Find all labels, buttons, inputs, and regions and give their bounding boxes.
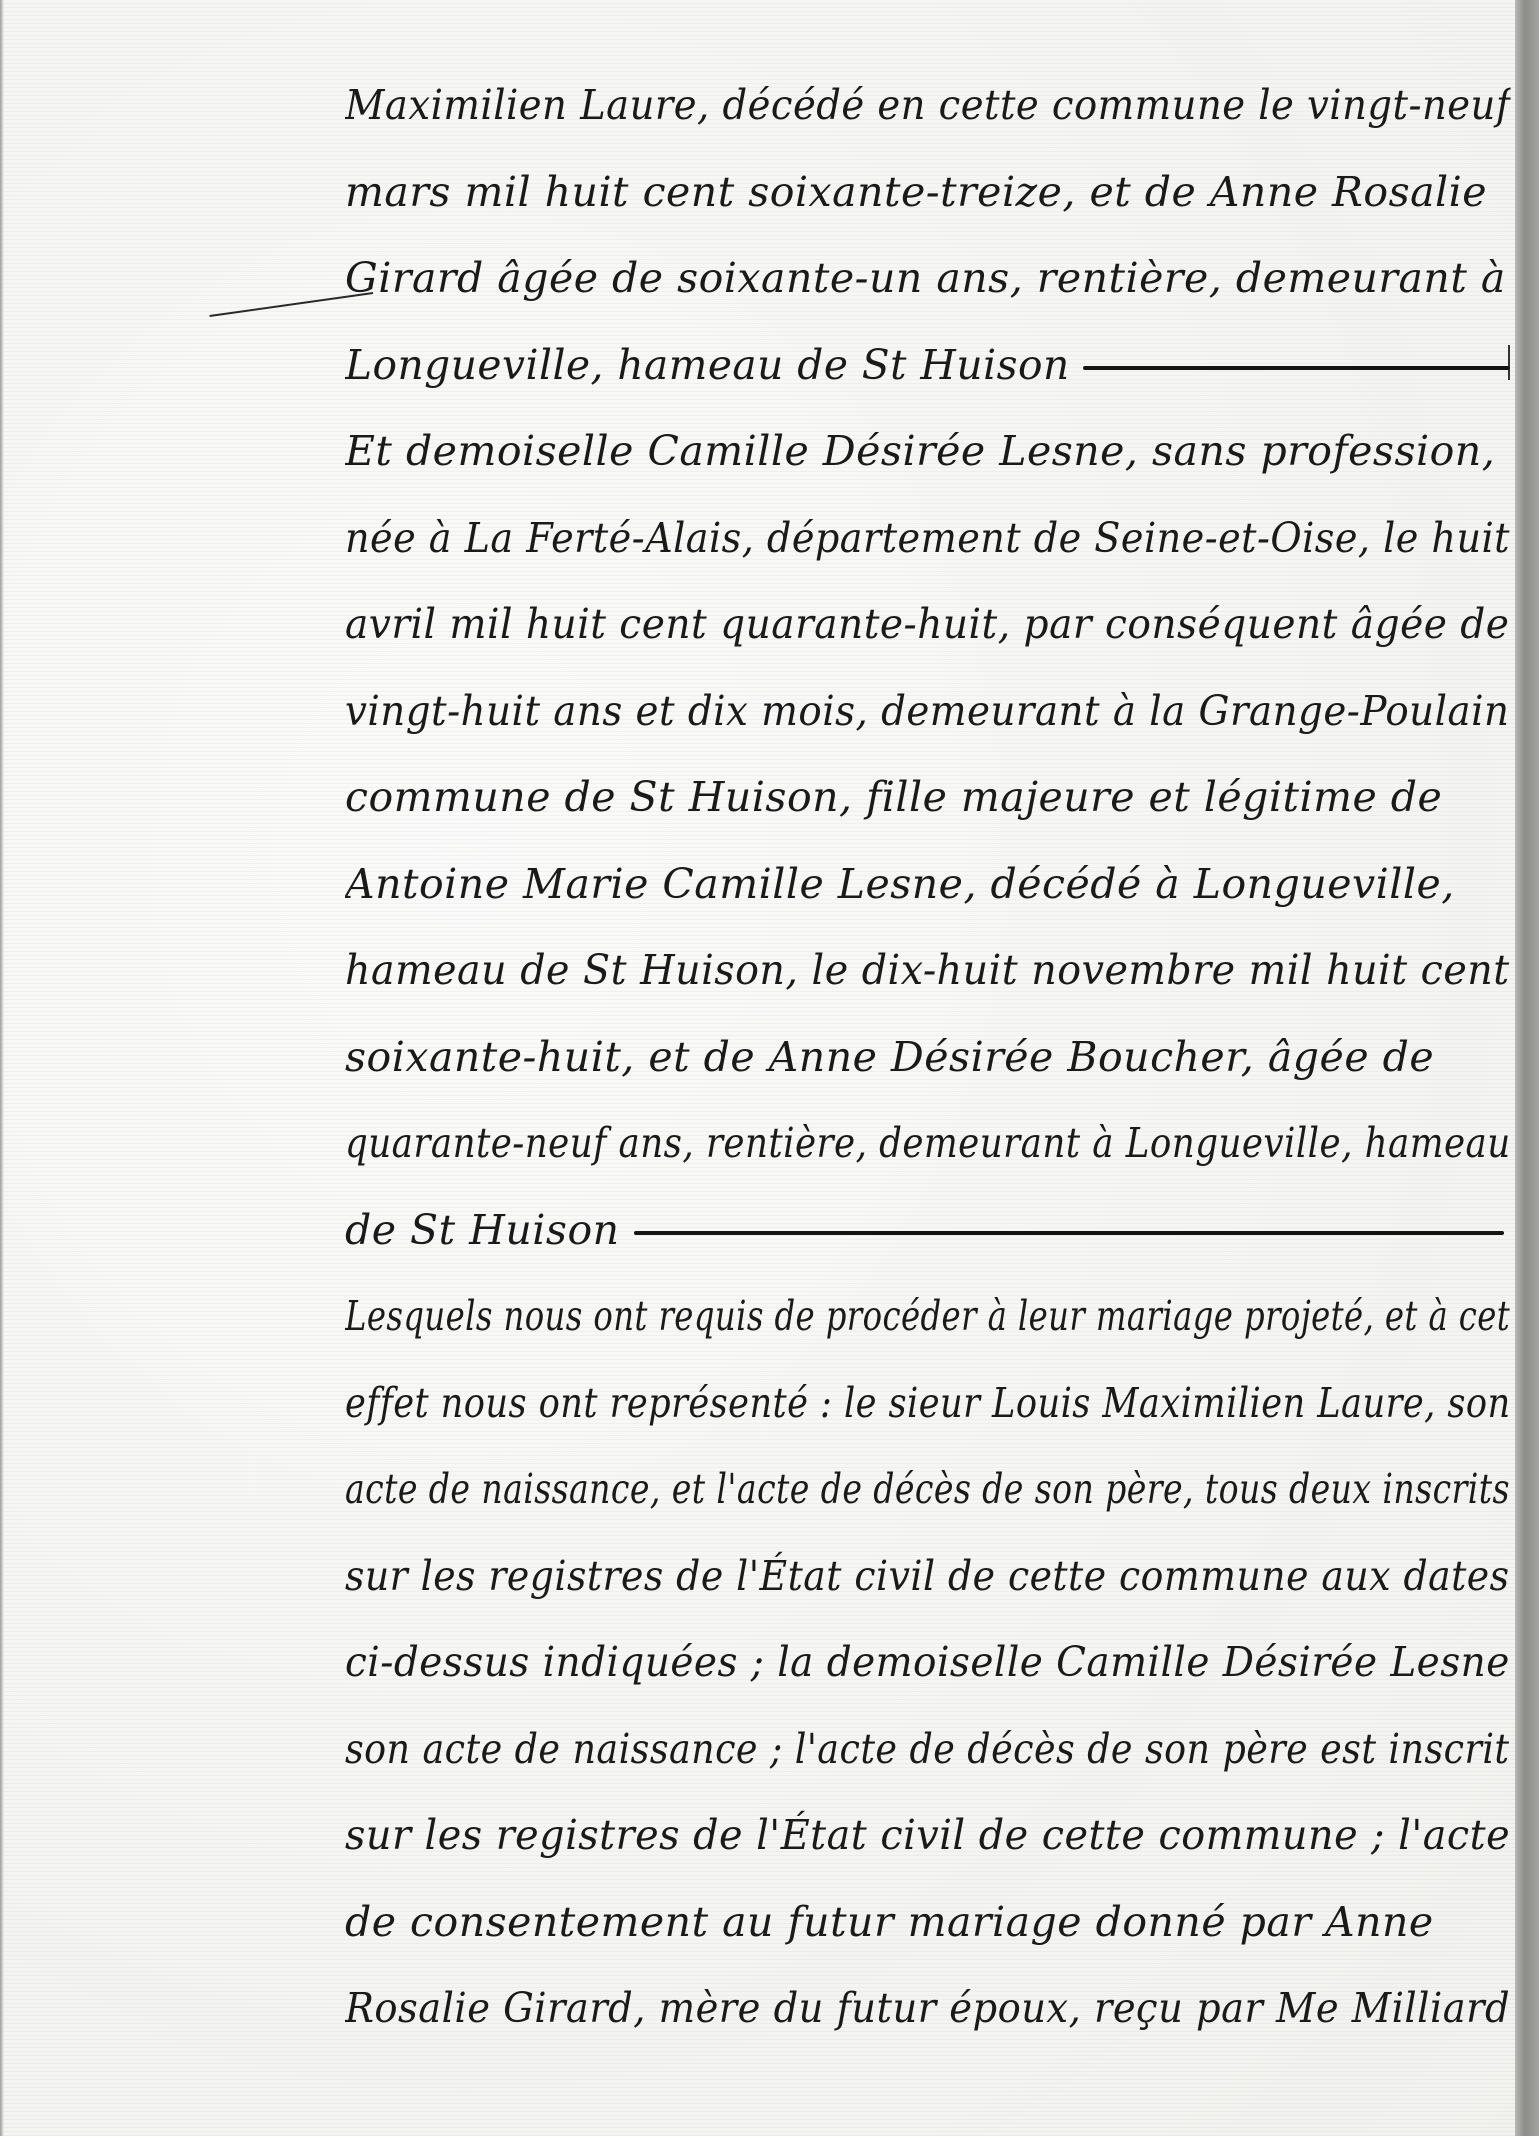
text-line: vingt-huit ans et dix mois, demeurant à … <box>345 668 1509 755</box>
text-line-content: son acte de naissance ; l'acte de décès … <box>345 1706 1510 1793</box>
text-line: de St Huison <box>345 1187 1510 1274</box>
text-line: soixante-huit, et de Anne Désirée Bouche… <box>345 1014 1510 1101</box>
text-line: avril mil huit cent quarante-huit, par c… <box>345 581 1509 668</box>
text-line: ci-dessus indiquées ; la demoiselle Cami… <box>345 1619 1510 1706</box>
text-line-content: soixante-huit, et de Anne Désirée Bouche… <box>345 1014 1434 1101</box>
text-line: Longueville, hameau de St Huison <box>345 322 1510 409</box>
text-line-content: acte de naissance, et l'acte de décès de… <box>345 1446 1510 1533</box>
text-line-content: effet nous ont représenté : le sieur Lou… <box>345 1360 1511 1447</box>
line-fill-rule <box>1084 366 1511 370</box>
text-line: hameau de St Huison, le dix-huit novembr… <box>345 927 1510 1014</box>
text-line-content: ci-dessus indiquées ; la demoiselle Cami… <box>345 1619 1510 1706</box>
book-binding-edge <box>1515 0 1539 2136</box>
text-line-content: avril mil huit cent quarante-huit, par c… <box>345 581 1509 668</box>
text-line: Antoine Marie Camille Lesne, décédé à Lo… <box>345 841 1510 928</box>
text-line-content: Rosalie Girard, mère du futur époux, reç… <box>345 1965 1510 2052</box>
text-line-content: Longueville, hameau de St Huison <box>345 322 1070 409</box>
text-line: commune de St Huison, fille majeure et l… <box>345 754 1510 841</box>
text-line: Maximilien Laure, décédé en cette commun… <box>345 62 1511 149</box>
text-line-content: sur les registres de l'État civil de cet… <box>345 1792 1510 1879</box>
line-fill-rule <box>634 1231 1504 1235</box>
handwritten-text-block: Maximilien Laure, décédé en cette commun… <box>345 62 1510 2052</box>
text-line-content: Lesquels nous ont requis de procéder à l… <box>345 1273 1510 1360</box>
document-page: Maximilien Laure, décédé en cette commun… <box>0 0 1539 2136</box>
text-line: mars mil huit cent soixante-treize, et d… <box>345 149 1510 236</box>
text-line: Rosalie Girard, mère du futur époux, reç… <box>345 1965 1510 2052</box>
text-line-content: mars mil huit cent soixante-treize, et d… <box>345 149 1487 236</box>
text-line-content: Girard âgée de soixante-un ans, rentière… <box>345 235 1506 322</box>
text-line-content: commune de St Huison, fille majeure et l… <box>345 754 1442 841</box>
text-line-content: de consentement au futur mariage donné p… <box>345 1879 1434 1966</box>
text-line: née à La Ferté-Alais, département de Sei… <box>345 495 1510 582</box>
text-line: Girard âgée de soixante-un ans, rentière… <box>345 235 1510 322</box>
text-line-content: de St Huison <box>345 1187 620 1274</box>
text-line-content: née à La Ferté-Alais, département de Sei… <box>345 495 1510 582</box>
text-line: de consentement au futur mariage donné p… <box>345 1879 1510 1966</box>
text-line: quarante-neuf ans, rentière, demeurant à… <box>345 1100 1511 1187</box>
text-line-content: Et demoiselle Camille Désirée Lesne, san… <box>345 408 1495 495</box>
text-line: son acte de naissance ; l'acte de décès … <box>345 1706 1510 1793</box>
text-line-content: sur les registres de l'État civil de cet… <box>345 1533 1509 1620</box>
text-line-content: hameau de St Huison, le dix-huit novembr… <box>345 927 1510 1014</box>
text-line-content: Maximilien Laure, décédé en cette commun… <box>345 62 1511 149</box>
page-left-edge <box>0 0 4 2136</box>
text-line: Et demoiselle Camille Désirée Lesne, san… <box>345 408 1510 495</box>
text-line-content: quarante-neuf ans, rentière, demeurant à… <box>345 1100 1511 1187</box>
text-line: effet nous ont représenté : le sieur Lou… <box>345 1360 1511 1447</box>
text-line: Lesquels nous ont requis de procéder à l… <box>345 1273 1510 1360</box>
text-line-content: Antoine Marie Camille Lesne, décédé à Lo… <box>345 841 1455 928</box>
text-line: sur les registres de l'État civil de cet… <box>345 1533 1509 1620</box>
text-line-content: vingt-huit ans et dix mois, demeurant à … <box>345 668 1509 755</box>
text-line: acte de naissance, et l'acte de décès de… <box>345 1446 1510 1533</box>
text-line: sur les registres de l'État civil de cet… <box>345 1792 1510 1879</box>
